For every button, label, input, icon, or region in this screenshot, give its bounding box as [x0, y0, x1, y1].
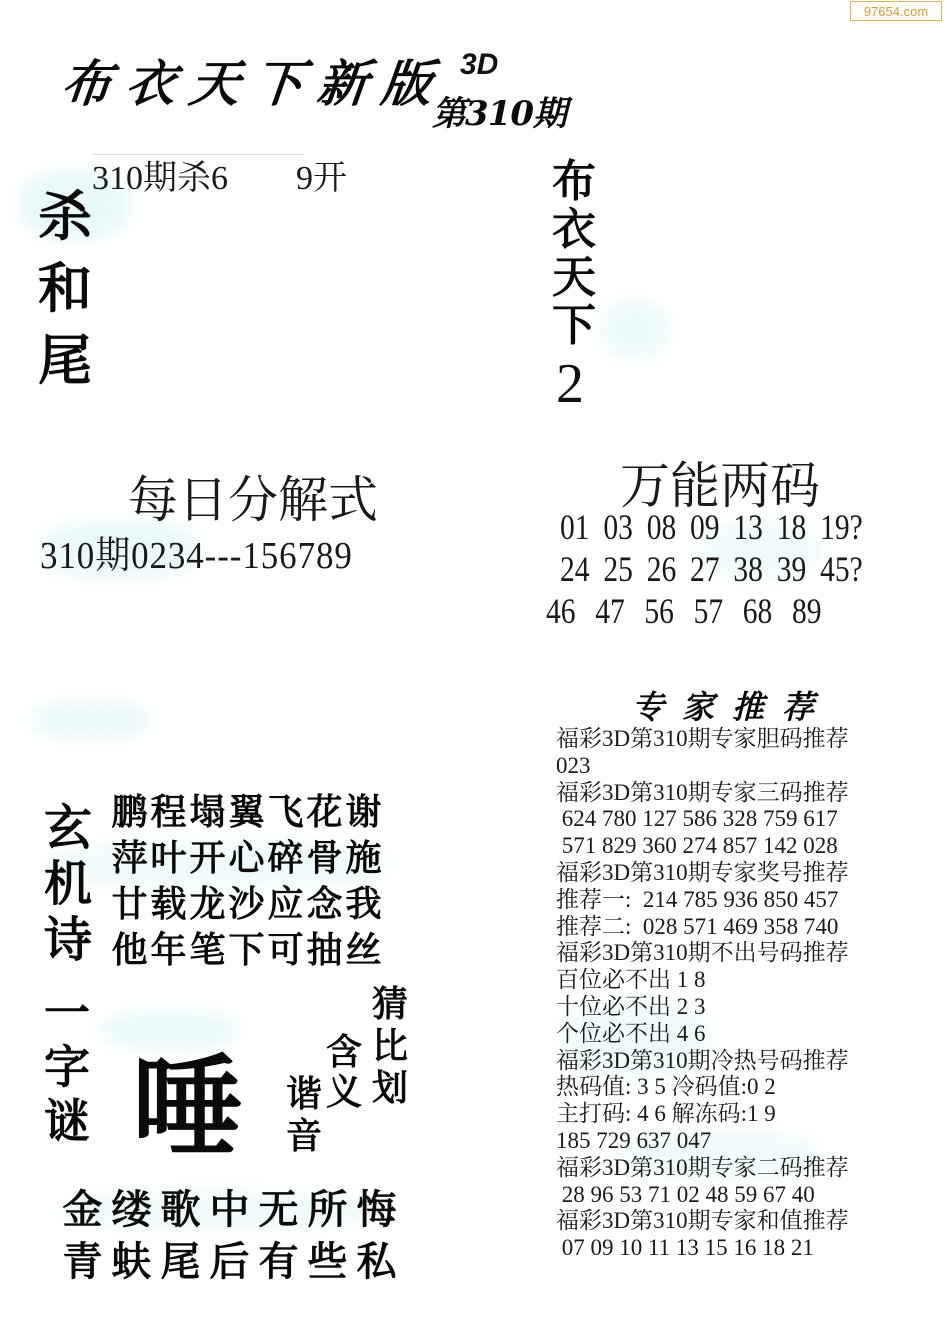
expert-line: 福彩3D第310期专家奖号推荐 — [556, 860, 946, 887]
poem-char: 下 — [227, 922, 266, 968]
expert-line: 624 780 127 586 328 759 617 — [556, 806, 946, 833]
poem-char: 沙 — [227, 876, 266, 922]
expert-line: 推荐二: 028 571 469 358 740 — [556, 914, 946, 941]
mystery-poem: 鹏程塌翼飞花谢 萍叶开心碎骨施 廿载龙沙应念我 他年笔下可抽丝 — [110, 784, 383, 968]
poem-char: 抽 — [305, 922, 344, 968]
expert-line: 福彩3D第310期专家和值推荐 — [556, 1208, 946, 1235]
kill-line: 310期杀6 9开 — [92, 150, 347, 199]
label-char: 杀 — [38, 180, 98, 252]
poem-char: 可 — [266, 922, 305, 968]
couplet-char: 后 — [205, 1230, 254, 1282]
daily-decomposition-line: 310期0234---156789 — [40, 524, 353, 579]
code: 39 — [777, 548, 820, 590]
poem-char: 念 — [305, 876, 344, 922]
poem-char: 碎 — [266, 830, 305, 876]
code: 38 — [733, 548, 776, 590]
label-char: 布 — [552, 158, 612, 206]
expert-line: 福彩3D第310期不出号码推荐 — [556, 940, 946, 967]
mystery-poem-label: 玄 机 诗 — [44, 800, 104, 968]
code: 56 — [644, 590, 693, 632]
expert-line: 福彩3D第310期专家三码推荐 — [556, 780, 946, 807]
poem-char: 塌 — [188, 784, 227, 830]
expert-line: 百位必不出 1 8 — [556, 967, 946, 994]
code: 47 — [595, 590, 644, 632]
code: 89 — [792, 590, 841, 632]
kill-sum-tail-label: 杀 和 尾 — [38, 180, 98, 396]
code-row: 24 25 26 27 38 39 45? — [560, 548, 863, 590]
couplet-line: 金缕歌中无所悔 — [58, 1178, 401, 1230]
poem-char: 施 — [344, 830, 383, 876]
riddle-hint-sound: 音 — [286, 1108, 322, 1159]
code: 18 — [777, 506, 820, 548]
right-vertical-label: 布 衣 天 下 — [552, 158, 612, 350]
couplet-line: 青蚨尾后有些私 — [58, 1230, 401, 1282]
code: 03 — [603, 506, 646, 548]
label-char: 机 — [44, 856, 104, 912]
expert-line: 185 729 637 047 — [556, 1128, 946, 1155]
code-row: 01 03 08 09 13 18 19? — [560, 506, 863, 548]
poem-char: 龙 — [188, 876, 227, 922]
code: 26 — [647, 548, 690, 590]
poem-char: 丝 — [344, 922, 383, 968]
label-char: 尾 — [38, 324, 98, 396]
code: 57 — [694, 590, 743, 632]
poem-char: 应 — [266, 876, 305, 922]
poem-line: 廿载龙沙应念我 — [110, 876, 383, 922]
label-char: 一 — [44, 986, 104, 1040]
couplet-char: 金 — [58, 1178, 107, 1230]
poem-char: 我 — [344, 876, 383, 922]
poem-char: 翼 — [227, 784, 266, 830]
poem-char: 载 — [149, 876, 188, 922]
poem-char: 笔 — [188, 922, 227, 968]
expert-line: 571 829 360 274 857 142 028 — [556, 833, 946, 860]
expert-line: 福彩3D第310期专家胆码推荐 — [556, 726, 946, 753]
code: 25 — [603, 548, 646, 590]
poem-char: 开 — [188, 830, 227, 876]
couplet-char: 缕 — [107, 1178, 156, 1230]
couplet-char: 私 — [352, 1230, 401, 1282]
poem-char: 廿 — [110, 876, 149, 922]
poem-char: 程 — [149, 784, 188, 830]
label-char: 诗 — [44, 912, 104, 968]
expert-line: 07 09 10 11 13 15 16 18 21 — [556, 1235, 946, 1262]
universal-two-codes-grid: 01 03 08 09 13 18 19? 24 25 26 27 38 39 … — [560, 506, 930, 632]
riddle-label: 一 字 谜 — [44, 986, 104, 1148]
poem-char: 飞 — [266, 784, 305, 830]
code: 19? — [820, 506, 863, 548]
poem-char: 骨 — [305, 830, 344, 876]
right-vertical-number: 2 — [556, 352, 584, 416]
expert-line: 热码值: 3 5 冷码值:0 2 — [556, 1074, 946, 1101]
label-char: 谜 — [44, 1094, 104, 1148]
issue-label: 第310期 — [432, 86, 566, 135]
poem-char: 心 — [227, 830, 266, 876]
couplet-char: 尾 — [156, 1230, 205, 1282]
label-char: 衣 — [552, 206, 612, 254]
couplet-char: 悔 — [352, 1178, 401, 1230]
couplet-char: 些 — [303, 1230, 352, 1282]
label-char: 和 — [38, 252, 98, 324]
code-row: 46 47 56 57 68 89 — [546, 590, 861, 632]
expert-line: 023 — [556, 753, 946, 780]
code: 24 — [560, 548, 603, 590]
code: 08 — [647, 506, 690, 548]
code: 01 — [560, 506, 603, 548]
riddle-hint-meaning: 义 — [326, 1064, 362, 1115]
product-label: 3D — [460, 48, 498, 82]
code: 45? — [820, 548, 863, 590]
poem-char: 鹏 — [110, 784, 149, 830]
expert-line: 个位必不出 4 6 — [556, 1021, 946, 1048]
poem-line: 萍叶开心碎骨施 — [110, 830, 383, 876]
code: 27 — [690, 548, 733, 590]
couplet-char: 无 — [254, 1178, 303, 1230]
code: 46 — [546, 590, 595, 632]
poem-char: 叶 — [149, 830, 188, 876]
code: 68 — [743, 590, 792, 632]
page-title: 布衣天下新版 — [58, 44, 450, 116]
code: 13 — [733, 506, 776, 548]
expert-recommendation-list: 福彩3D第310期专家胆码推荐 023 福彩3D第310期专家三码推荐 624 … — [556, 726, 946, 1262]
label-char: 下 — [552, 302, 612, 350]
poem-char: 谢 — [344, 784, 383, 830]
couplet-char: 有 — [254, 1230, 303, 1282]
expert-line: 28 96 53 71 02 48 59 67 40 — [556, 1182, 946, 1209]
label-char: 天 — [552, 254, 612, 302]
expert-line: 十位必不出 2 3 — [556, 994, 946, 1021]
code: 09 — [690, 506, 733, 548]
riddle-character: 唾 — [132, 1020, 242, 1178]
poem-char: 他 — [110, 922, 149, 968]
couplet: 金缕歌中无所悔 青蚨尾后有些私 — [58, 1178, 401, 1282]
expert-line: 主打码: 4 6 解冻码:1 9 — [556, 1101, 946, 1128]
background-watermark — [30, 700, 150, 740]
riddle-hint-stroke: 划 — [372, 1060, 408, 1111]
poem-char: 花 — [305, 784, 344, 830]
label-char: 字 — [44, 1040, 104, 1094]
poem-char: 萍 — [110, 830, 149, 876]
poem-line: 他年笔下可抽丝 — [110, 922, 383, 968]
couplet-char: 歌 — [156, 1178, 205, 1230]
couplet-char: 所 — [303, 1178, 352, 1230]
site-watermark-badge[interactable]: 97654.com — [850, 1, 942, 21]
expert-line: 福彩3D第310期专家二码推荐 — [556, 1155, 946, 1182]
poem-line: 鹏程塌翼飞花谢 — [110, 784, 383, 830]
expert-recommendation-title: 专家推荐 — [632, 682, 832, 728]
label-char: 玄 — [44, 800, 104, 856]
daily-decomposition-title: 每日分解式 — [128, 460, 378, 532]
couplet-char: 蚨 — [107, 1230, 156, 1282]
poem-char: 年 — [149, 922, 188, 968]
expert-line: 推荐一: 214 785 936 850 457 — [556, 887, 946, 914]
couplet-char: 青 — [58, 1230, 107, 1282]
couplet-char: 中 — [205, 1178, 254, 1230]
expert-line: 福彩3D第310期冷热号码推荐 — [556, 1048, 946, 1075]
